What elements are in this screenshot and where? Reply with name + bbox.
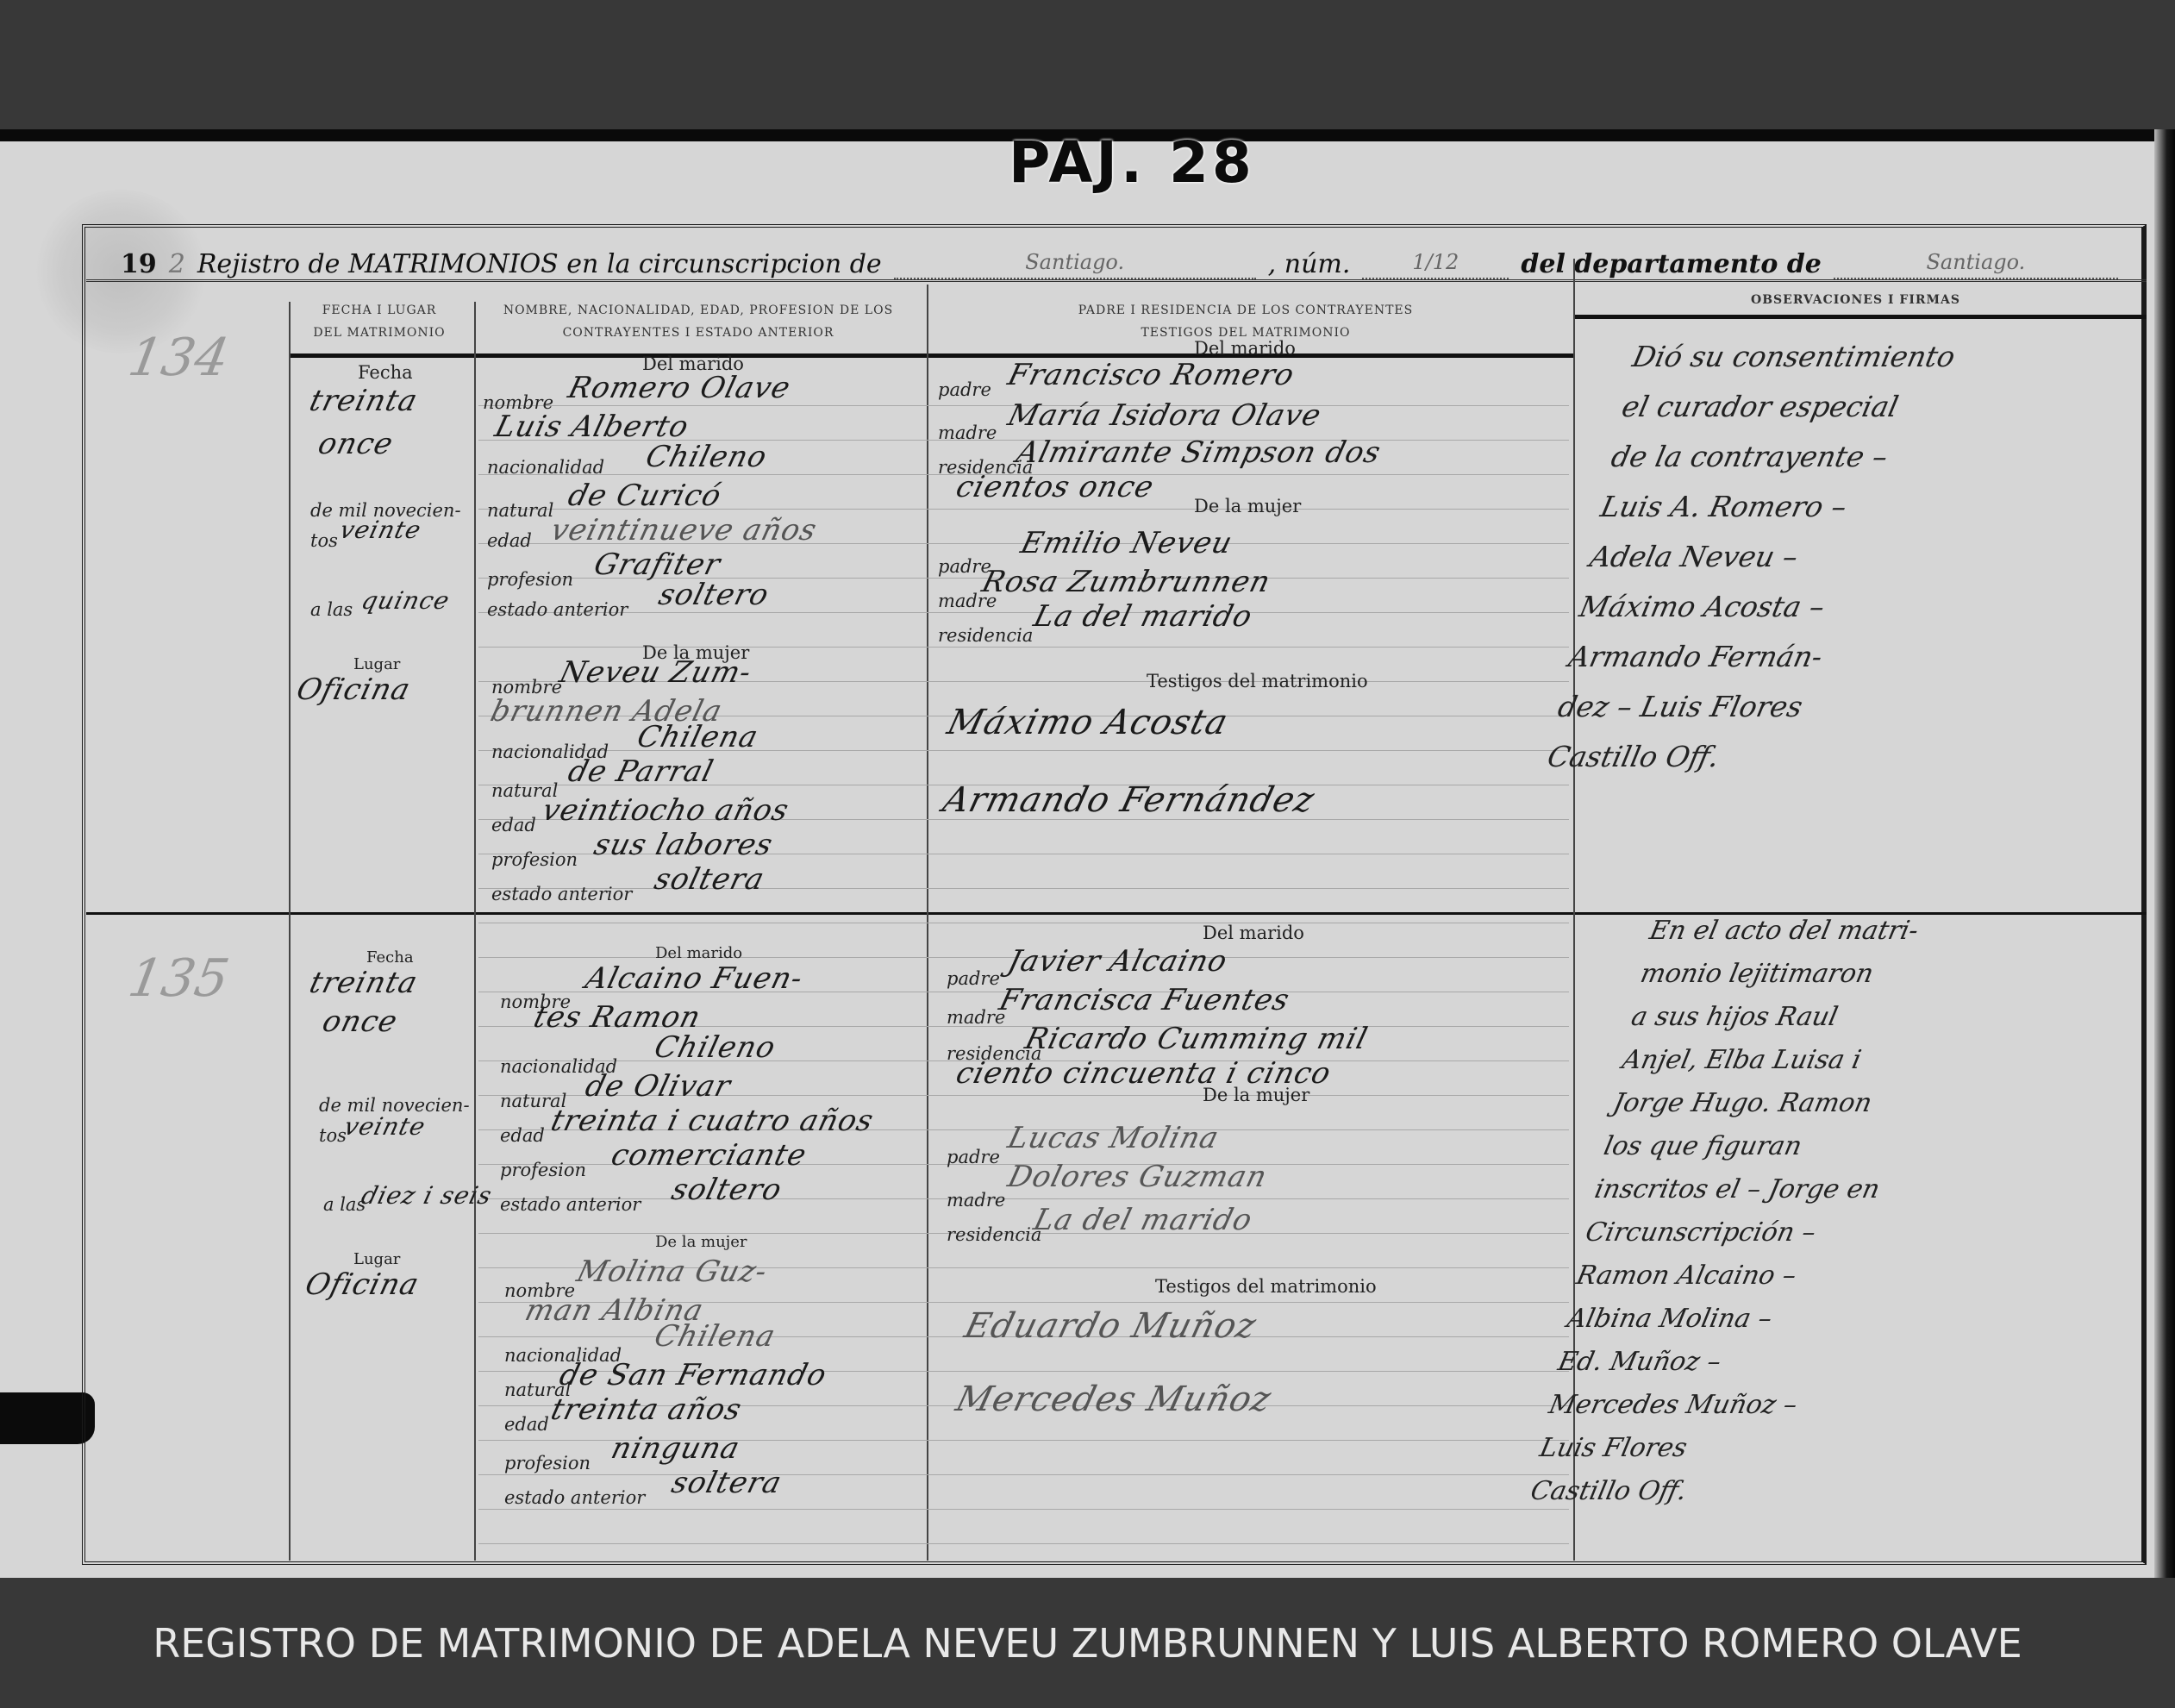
ruled-line xyxy=(478,1543,1569,1544)
testigo-2: Mercedes Muñoz xyxy=(952,1380,1275,1419)
observacion-line: Jorge Hugo. Ramon xyxy=(1609,1082,1902,1125)
header-rule xyxy=(1573,315,2147,319)
ruled-line xyxy=(478,923,1569,923)
label-padre: padre xyxy=(938,379,991,400)
col-header-observaciones: OBSERVACIONES I FIRMAS xyxy=(1573,267,2138,332)
observacion-line: En el acto del matri- xyxy=(1646,910,1939,953)
label-edad: edad xyxy=(491,815,536,835)
madre-mujer: Dolores Guzman xyxy=(1004,1160,1271,1194)
observacion-line: Ramon Alcaino – xyxy=(1572,1254,1866,1298)
marido-nombre-2: tes Ramon xyxy=(530,1000,704,1035)
fecha-month: once xyxy=(319,1004,402,1039)
ruled-line xyxy=(478,888,1569,889)
binder-clip xyxy=(0,1392,95,1444)
observacion-line: Anjel, Elba Luisa i xyxy=(1618,1039,1911,1082)
marido-natural: de Curicó xyxy=(565,479,725,513)
label-fecha: Fecha xyxy=(358,362,413,383)
label-edad: edad xyxy=(500,1125,545,1146)
column-rule xyxy=(474,302,476,1561)
residencia-marido-1: Ricardo Cumming mil xyxy=(1022,1022,1372,1056)
label-testigos: Testigos del matrimonio xyxy=(1155,1276,1377,1297)
observacion-line: a sus hijos Raul xyxy=(1628,996,1921,1039)
observacion-line: Circunscripción – xyxy=(1581,1211,1874,1254)
label-estado-anterior: estado anterior xyxy=(500,1194,641,1215)
padre-mujer: Lucas Molina xyxy=(1004,1121,1222,1155)
label-padre: padre xyxy=(947,968,1000,989)
register-title: Rejistro de MATRIMONIOS en la circunscri… xyxy=(197,249,882,279)
observacion-line: Adela Neveu – xyxy=(1585,532,1917,582)
col-header-line: NOMBRE, NACIONALIDAD, EDAD, PROFESION DE… xyxy=(503,299,893,322)
mujer-natural: de Parral xyxy=(565,754,717,789)
observacion-line: Armando Fernán- xyxy=(1564,632,1896,682)
observacion-line: Castillo Off. xyxy=(1527,1470,1820,1513)
ruled-line xyxy=(478,1509,1569,1510)
year-suffix: 2 xyxy=(169,249,185,279)
mujer-nacionalidad: Chilena xyxy=(651,1319,779,1354)
observacion-line: Máximo Acosta – xyxy=(1575,582,1907,632)
observacion-line: Castillo Off. xyxy=(1543,732,1875,782)
residencia-mujer: La del marido xyxy=(1030,599,1256,634)
padre-mujer: Emilio Neveu xyxy=(1017,526,1236,560)
label-tos: tos xyxy=(310,530,338,551)
label-de-la-mujer: De la mujer xyxy=(1194,496,1301,516)
observacion-line: Albina Molina – xyxy=(1563,1298,1856,1341)
marido-natural: de Olivar xyxy=(582,1069,734,1104)
label-estado-anterior: estado anterior xyxy=(504,1487,645,1508)
observacion-line: monio lejitimaron xyxy=(1636,953,1929,996)
marido-profesion: Grafiter xyxy=(591,547,724,582)
marido-estado: soltero xyxy=(655,578,772,612)
num-label: , núm. xyxy=(1268,249,1351,279)
observacion-line: de la contrayente – xyxy=(1606,432,1938,482)
fecha-day: treinta xyxy=(306,384,422,418)
circunscripcion-field: Santiago. xyxy=(894,250,1256,279)
year-prefix: 19 xyxy=(121,249,157,279)
mujer-profesion: ninguna xyxy=(608,1431,743,1466)
label-lugar: Lugar xyxy=(353,655,400,673)
page-edge xyxy=(2154,129,2175,1578)
testigo-1: Máximo Acosta xyxy=(943,703,1232,742)
label-a-las: a las xyxy=(310,599,353,620)
mujer-estado: soltera xyxy=(651,862,768,897)
observacion-line: el curador especial xyxy=(1617,382,1949,432)
label-edad: edad xyxy=(487,530,532,551)
marido-nombre-2: Luis Alberto xyxy=(491,410,692,444)
residencia-marido-2: cientos once xyxy=(953,470,1158,504)
label-estado-anterior: estado anterior xyxy=(491,884,632,904)
mujer-edad: veintiocho años xyxy=(539,793,792,828)
label-padre: padre xyxy=(938,556,991,577)
hora: quince xyxy=(359,586,453,615)
label-madre: madre xyxy=(947,1190,1005,1211)
residencia-mujer: La del marido xyxy=(1030,1203,1256,1237)
label-profesion: profesion xyxy=(491,849,578,870)
mujer-nombre-1: Neveu Zum- xyxy=(556,655,755,690)
residencia-marido-1: Almirante Simpson dos xyxy=(1013,435,1384,470)
label-edad: edad xyxy=(504,1414,549,1435)
label-estado-anterior: estado anterior xyxy=(487,599,628,620)
label-del-marido: Del marido xyxy=(655,944,742,962)
ruled-line xyxy=(478,1474,1569,1475)
col-header-nombre: NOMBRE, NACIONALIDAD, EDAD, PROFESION DE… xyxy=(474,289,922,353)
label-residencia: residencia xyxy=(938,625,1033,646)
label-del-marido: Del marido xyxy=(1203,923,1304,943)
top-band xyxy=(0,0,2175,129)
madre-mujer: Rosa Zumbrunnen xyxy=(978,565,1274,599)
fecha-year: veinte xyxy=(337,516,424,544)
label-natural: natural xyxy=(487,500,553,521)
fecha-year: veinte xyxy=(341,1112,428,1141)
label-fecha: Fecha xyxy=(366,948,414,967)
madre-marido: María Isidora Olave xyxy=(1004,398,1325,433)
entry-number: 134 xyxy=(124,328,234,388)
mujer-natural: de San Fernando xyxy=(556,1358,830,1392)
column-rule xyxy=(289,302,291,1561)
marido-nombre-1: Romero Olave xyxy=(565,371,794,405)
col-header-fecha: FECHA I LUGAR DEL MATRIMONIO xyxy=(289,289,470,353)
marido-edad: veintinueve años xyxy=(547,513,821,547)
fecha-day: treinta xyxy=(306,966,422,1000)
label-profesion: profesion xyxy=(500,1160,586,1180)
observacion-line: inscritos el – Jorge en xyxy=(1591,1168,1884,1211)
mujer-nacionalidad: Chilena xyxy=(634,720,762,754)
label-profesion: profesion xyxy=(487,569,573,590)
label-del-marido: Del marido xyxy=(1194,338,1296,359)
caption: REGISTRO DE MATRIMONIO DE ADELA NEVEU ZU… xyxy=(0,1578,2175,1708)
hora: diez i seis xyxy=(359,1181,495,1210)
madre-marido: Francisca Fuentes xyxy=(996,983,1293,1017)
fecha-month: once xyxy=(315,427,397,461)
marido-edad: treinta i cuatro años xyxy=(547,1104,878,1138)
padre-marido: Francisco Romero xyxy=(1004,358,1298,392)
mujer-profesion: sus labores xyxy=(591,828,777,862)
observacion-line: Luis A. Romero – xyxy=(1596,482,1928,532)
ruled-line xyxy=(478,1198,1569,1199)
observacion-line: Luis Flores xyxy=(1535,1427,1828,1470)
header-rule xyxy=(289,353,1573,358)
observacion-line: Mercedes Muñoz – xyxy=(1545,1384,1838,1427)
label-padre: padre xyxy=(947,1147,1000,1167)
label-testigos: Testigos del matrimonio xyxy=(1147,671,1368,691)
padre-marido: Javier Alcaino xyxy=(1004,944,1231,979)
observacion-line: dez – Luis Flores xyxy=(1553,682,1885,732)
marido-estado: soltero xyxy=(668,1173,785,1207)
label-nacionalidad: nacionalidad xyxy=(487,457,604,478)
marido-nombre-1: Alcaino Fuen- xyxy=(582,961,807,996)
lugar: Oficina xyxy=(302,1267,422,1302)
testigo-1: Eduardo Muñoz xyxy=(960,1306,1260,1346)
lugar: Oficina xyxy=(293,673,414,707)
label-de-la-mujer: De la mujer xyxy=(1203,1085,1309,1105)
marido-nacionalidad: Chileno xyxy=(642,440,771,474)
entry-number: 135 xyxy=(124,948,234,1009)
ruled-line xyxy=(478,612,1569,613)
mujer-estado: soltera xyxy=(668,1466,785,1500)
col-header-line: CONTRAYENTES I ESTADO ANTERIOR xyxy=(563,322,834,344)
label-residencia: residencia xyxy=(947,1224,1041,1245)
observacion-line: los que figuran xyxy=(1600,1125,1893,1168)
page-number: PAJ. 28 xyxy=(1009,129,1255,196)
label-profesion: profesion xyxy=(504,1453,591,1473)
mujer-nombre-1: Molina Guz- xyxy=(573,1254,771,1289)
col-header-line: PADRE I RESIDENCIA DE LOS CONTRAYENTES xyxy=(1078,299,1413,322)
label-lugar: Lugar xyxy=(353,1250,400,1268)
testigo-2: Armando Fernández xyxy=(939,780,1319,820)
observacion-line: Dió su consentimiento xyxy=(1628,332,1959,382)
label-madre: madre xyxy=(938,422,997,443)
num-field: 1/12 xyxy=(1362,250,1509,279)
col-header-line: FECHA I LUGAR xyxy=(322,299,437,322)
marido-nacionalidad: Chileno xyxy=(651,1030,779,1065)
col-header-line: DEL MATRIMONIO xyxy=(313,322,445,344)
col-header-line: OBSERVACIONES I FIRMAS xyxy=(1751,289,1960,311)
label-de-la-mujer: De la mujer xyxy=(655,1233,747,1251)
observacion-line: Ed. Muñoz – xyxy=(1553,1341,1847,1384)
marido-profesion: comerciante xyxy=(608,1138,810,1173)
mujer-edad: treinta años xyxy=(547,1392,746,1427)
